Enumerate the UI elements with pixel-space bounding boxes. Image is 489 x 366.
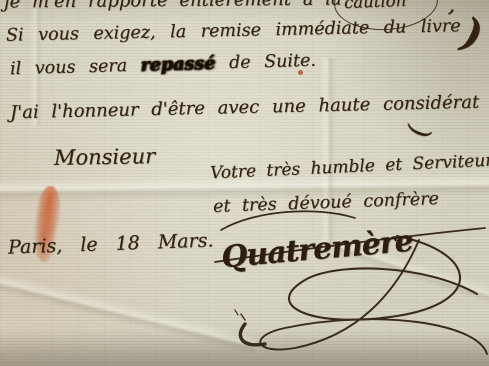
salutation: Monsieur [54, 145, 156, 170]
letter-line-3: il vous sera repassé de Suite. [10, 52, 316, 80]
dateline: Paris, le 18 Mars. [8, 230, 214, 258]
pen-flourish-line4: ) [403, 123, 435, 139]
line3-end: de Suite. [229, 51, 316, 73]
line3-blotted-word: repassé [140, 54, 215, 76]
letter-line-4: J'ai l'honneur d'être avec une haute con… [10, 93, 480, 123]
signature-block: Quatremère [185, 206, 489, 366]
letter-photograph: caution , je m'en rapporte entièrement à… [0, 0, 489, 366]
closing-formula-line1: Votre très humble et Serviteur [210, 152, 489, 184]
letter-line-1: je m'en rapporte entièrement à la [4, 0, 342, 12]
letter-line-2: Si vous exigez, la remise immédiate du l… [6, 17, 461, 46]
line3-start: il vous sera [10, 56, 128, 79]
circled-word: caution [344, 0, 407, 12]
pen-flourish-line2: ) [458, 10, 487, 57]
